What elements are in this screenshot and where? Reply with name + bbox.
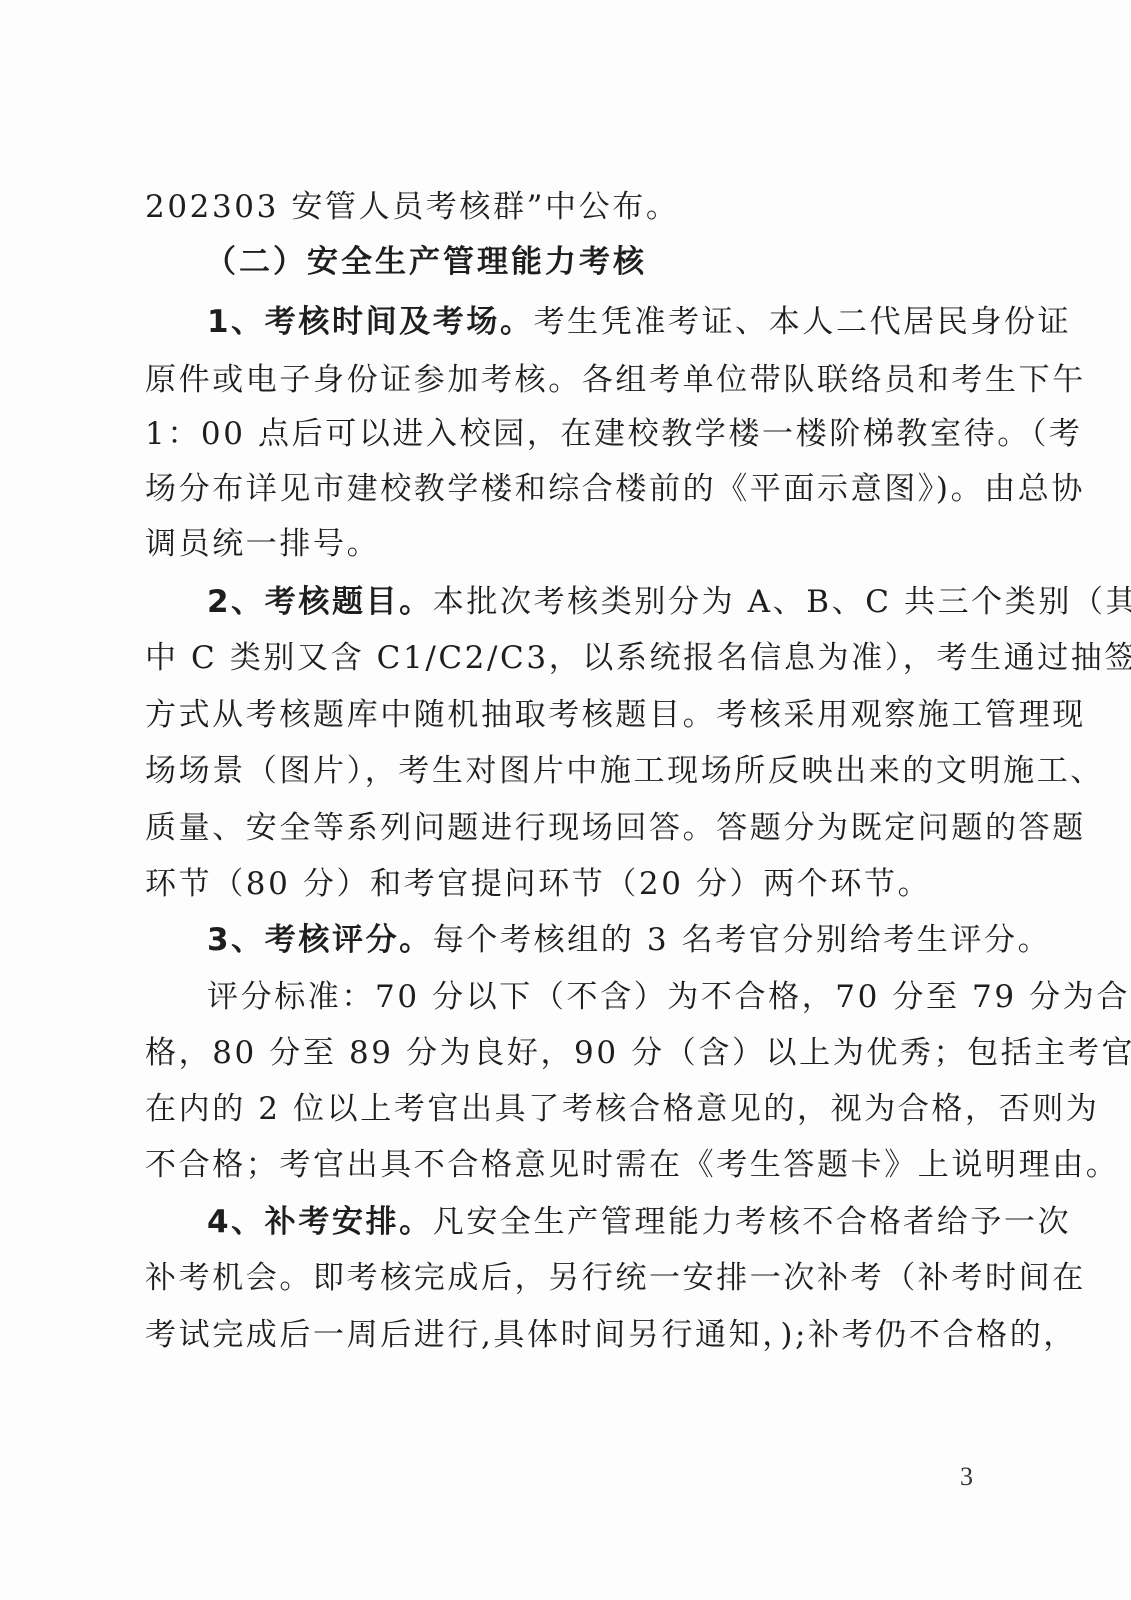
paragraph-line: 在内的 2 位以上考官出具了考核合格意见的，视为合格，否则为 (145, 1087, 990, 1131)
document-page: 202303 安管人员考核群”中公布。 （二）安全生产管理能力考核 1、考核时间… (0, 0, 1131, 1600)
paragraph-line: 4、补考安排。凡安全生产管理能力考核不合格者给予一次 (207, 1200, 990, 1244)
section-heading: （二）安全生产管理能力考核 (205, 240, 1050, 284)
paragraph-line: 补考机会。即考核完成后，另行统一安排一次补考（补考时间在 (145, 1256, 990, 1300)
paragraph-line: 原件或电子身份证参加考核。各组考单位带队联络员和考生下午 (145, 358, 990, 402)
page-number: 3 (960, 1462, 973, 1492)
paragraph-line: 考试完成后一周后进行,具体时间另行通知，);补考仍不合格的， (145, 1313, 990, 1357)
paragraph-text: 每个考核组的 3 名考官分别给考生评分。 (433, 922, 1051, 958)
paragraph-line: 1、考核时间及考场。考生凭准考证、本人二代居民身份证 (207, 300, 990, 344)
paragraph-line: 2、考核题目。本批次考核类别分为 A、B、C 共三个类别（其 (207, 580, 990, 624)
paragraph-line: 评分标准：70 分以下（不含）为不合格，70 分至 79 分为合 (207, 975, 990, 1019)
paragraph-line: 中 C 类别又含 C1/C2/C3，以系统报名信息为准），考生通过抽签 (145, 636, 990, 680)
item-lead-title: 4、补考安排。 (207, 1204, 433, 1240)
paragraph-line: 1：00 点后可以进入校园，在建校教学楼一楼阶梯教室待。（考 (145, 412, 990, 456)
paragraph-line: 3、考核评分。每个考核组的 3 名考官分别给考生评分。 (207, 918, 990, 962)
paragraph-line: 场场景（图片），考生对图片中施工现场所反映出来的文明施工、 (145, 749, 990, 793)
paragraph-text: 凡安全生产管理能力考核不合格者给予一次 (433, 1204, 1071, 1240)
paragraph-text: 考生凭准考证、本人二代居民身份证 (534, 304, 1072, 340)
paragraph-line: 调员统一排号。 (145, 522, 990, 566)
item-lead-title: 3、考核评分。 (207, 922, 433, 958)
paragraph-line: 202303 安管人员考核群”中公布。 (145, 185, 990, 229)
item-lead-title: 2、考核题目。 (207, 584, 433, 620)
paragraph-line: 环节（80 分）和考官提问环节（20 分）两个环节。 (145, 862, 990, 906)
item-lead-title: 1、考核时间及考场。 (207, 304, 534, 340)
paragraph-text: 本批次考核类别分为 A、B、C 共三个类别（其 (433, 584, 1131, 620)
paragraph-line: 不合格；考官出具不合格意见时需在《考生答题卡》上说明理由。 (145, 1143, 990, 1187)
paragraph-line: 质量、安全等系列问题进行现场回答。答题分为既定问题的答题 (145, 806, 990, 850)
paragraph-line: 场分布详见市建校教学楼和综合楼前的《平面示意图》)。由总协 (145, 467, 990, 511)
paragraph-line: 格，80 分至 89 分为良好，90 分（含）以上为优秀；包括主考官 (145, 1031, 990, 1075)
paragraph-line: 方式从考核题库中随机抽取考核题目。考核采用观察施工管理现 (145, 693, 990, 737)
